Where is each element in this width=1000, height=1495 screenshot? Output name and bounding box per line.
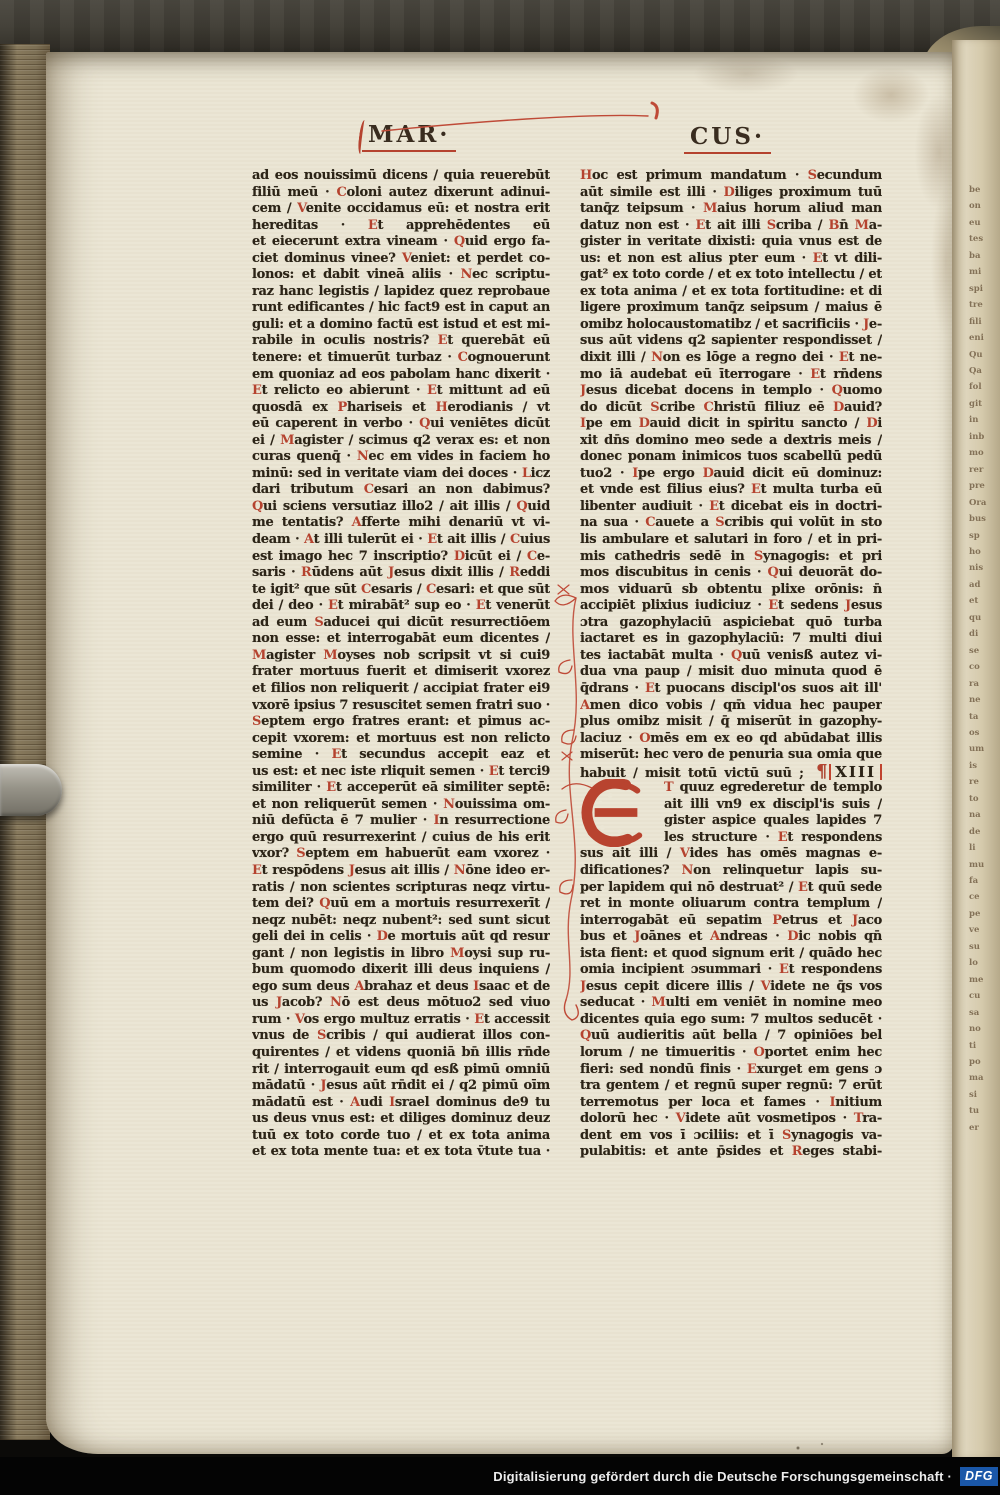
text-line: Septem ergo fratres erant: et pimus ac- (252, 714, 550, 731)
text-line: Jesus dicebat docens in templo · Quomo (580, 383, 882, 400)
text-line: dificationes? Non relinquetur lapis su- (580, 863, 882, 880)
book-top-edge (0, 0, 1000, 58)
text-line: runt edificantes / hic fact9 est in capu… (252, 300, 550, 317)
text-line: tem dei? Quū em a mortuis resurrexerīt / (252, 896, 550, 913)
text-line: gister in veritate dixisti: quia vnus es… (580, 234, 882, 251)
text-line: rabile in oculis nostris? Et querebāt eū (252, 333, 550, 350)
text-line: plus omibz misit / q̄ miserūt in gazophy… (580, 714, 882, 731)
text-line: fieri: sed nondū finis · Exurget em gens… (580, 1062, 882, 1079)
binding-page-block-edge (0, 44, 50, 1440)
text-line: aūt simile est illi · Diliges proximum t… (580, 185, 882, 202)
text-line: omibz holocaustomatibz / et sacrificiis … (580, 317, 882, 334)
text-line: rum · Vos ergo multuz erratis · Et acces… (252, 1012, 550, 1029)
text-line: Ipe em Dauid dicit in spiritu sancto / D… (580, 416, 882, 433)
dfg-logo: DFG (960, 1467, 998, 1486)
text-line: Amen dico vobis / qm̄ vidua hec pauper (580, 698, 882, 715)
text-line: dei / deo · Et mirabāt² sup eo · Et vene… (252, 598, 550, 615)
text-line: do dicūt Scribe Christū filiuz eē Dauid? (580, 400, 882, 417)
text-line: mādatū est · Audi Israel dominus de9 tu (252, 1095, 550, 1112)
text-line: semine · Et secundus accepit eaz et mort… (252, 747, 550, 764)
text-line: tuo2 · Ipe ergo Dauid dicit eū dominuz: (580, 466, 882, 483)
text-line: non esse: et interrogabāt eum dicentes / (252, 631, 550, 648)
text-line: tes iactabāt multa · Quū venisß autez vi… (580, 648, 882, 665)
text-line: vxor? Septem em habuerūt eam vxorez · (252, 846, 550, 863)
text-line: T quuz egrederetur de templo / (664, 780, 882, 797)
text-line: seducat · Multi em veniēt in nomine meo (580, 995, 882, 1012)
text-line: bum quomodo dixerit illi deus inquiens / (252, 962, 550, 979)
text-line: ad eos nouissimū dicens / quia reuerebūt (252, 168, 550, 185)
text-line: accipiēt plixius iudiciuz · Et sedens Je… (580, 598, 882, 615)
text-line: lorum / ne timueritis · Oportet enim hec (580, 1045, 882, 1062)
text-line: dicentes quia ego sum: 7 multos seducēt … (580, 1012, 882, 1029)
text-line: tuū ex toto corde tuo / et ex tota anima… (252, 1128, 550, 1145)
text-line: et non reliquerūt semen · Nouissima om- (252, 797, 550, 814)
text-line: Qui sciens versutiaz illo2 / ait illis /… (252, 499, 550, 516)
text-line: Hoc est primum mandatum · Secundum (580, 168, 882, 185)
text-line: est imago hec 7 inscriptio? Dicūt ei / C… (252, 549, 550, 566)
text-line: quosdā ex Phariseis et Herodianis / vt (252, 400, 550, 417)
text-line: Et relicto eo abierunt · Et mittunt ad e… (252, 383, 550, 400)
text-line: saris · Rūdens aūt Jesus dixit illis / R… (252, 565, 550, 582)
text-line: mādatū · Jesus aūt rn̄dit ei / q2 pimū o… (252, 1078, 550, 1095)
text-line: gister aspice quales lapides 7 q̄ (664, 813, 882, 830)
text-line: te igit² que sūt Cesaris / Cesari: et qu… (252, 582, 550, 599)
text-line: geli dei in celis · De mortuis aūt qd re… (252, 929, 550, 946)
text-column-right: Hoc est primum mandatum · Secundumaūt si… (580, 168, 882, 1161)
text-line: ei / Magister / scimus q2 verax es: et n… (252, 433, 550, 450)
chapter-initial-e (576, 779, 656, 847)
text-line: vxorē ipsius 7 resuscitet semen fratri s… (252, 698, 550, 715)
text-line: per lapidem qui nō destruat² / Et quū se… (580, 880, 882, 897)
text-line: sus aūt videns q2 sapienter respondisset… (580, 333, 882, 350)
text-line: bus et Joānes et Andreas · Dic nobis qn̄ (580, 929, 882, 946)
text-line: Magister Moyses nob scripsit vt si cui9 (252, 648, 550, 665)
running-title-right-text: CUS· (690, 123, 765, 150)
text-line: frater mortuus fuerit et dimiserit vxore… (252, 664, 550, 681)
text-line: niū defūcta ē 7 mulier · In resurrection… (252, 813, 550, 830)
text-column-left: ad eos nouissimū dicens / quia reuerebūt… (252, 168, 550, 1161)
text-line: ɔtra gazophylaciū aspiciebat quō turba (580, 615, 882, 632)
running-title-mar: MAR· (362, 122, 456, 152)
text-line: tanq̄z teipsum · Maius horum aliud man (580, 201, 882, 218)
text-line: terremotus per loca et fames · Initium (580, 1095, 882, 1112)
text-line: similiter · Et acceperūt eā similiter se… (252, 780, 550, 797)
text-line: les structure · Et respondens Je- (664, 830, 882, 847)
page-holder-clip (0, 764, 62, 816)
text-line: vnus de Scribis / qui audierat illos con… (252, 1028, 550, 1045)
text-line: tra gentem / et regnū super regnū: 7 erū… (580, 1078, 882, 1095)
text-line: ergo quū resurrexerint / cuius de his er… (252, 830, 550, 847)
text-line: mo iā audebat eū īterrogare · Et rn̄dens (580, 367, 882, 384)
text-line: mis cathedris sedē in Synagogis: et pri (580, 549, 882, 566)
text-line: lonos: et dabit vineā aliis · Nec script… (252, 267, 550, 284)
text-line: sus ait illi / Vides has omēs magnas e- (580, 846, 882, 863)
running-title-left-text: MAR· (368, 121, 450, 148)
text-line: et vnde est filius eius? Et multa turba … (580, 482, 882, 499)
text-line: eū caperent in verbo · Qui veniētes dicū… (252, 416, 550, 433)
footer-credit-text: Digitalisierung gefördert durch die Deut… (493, 1469, 952, 1484)
footer-credit-bar: Digitalisierung gefördert durch die Deut… (0, 1457, 1000, 1495)
text-line: cem / Venite occidamus eū: et nostra eri… (252, 201, 550, 218)
running-title-cus: CUS· (684, 124, 771, 154)
text-line: neqz nubēt: neqz nubent²: sed sunt sicut… (252, 913, 550, 930)
text-line: na sua · Cauete a Scribis qui volūt in s… (580, 515, 882, 532)
text-line: cepit vxorem: et mortuus est non relicto (252, 731, 550, 748)
text-line: q̄drans · Et puocans discipl'os suos ait… (580, 681, 882, 698)
text-line: gant / non legistis in libro Moysi sup r… (252, 946, 550, 963)
text-line: ratis / non scientes scripturas neqz vir… (252, 880, 550, 897)
text-line: iactaret es in gazophylaciū: 7 multi diu… (580, 631, 882, 648)
text-line: quirentes / et videns quoniā bn̄ illis r… (252, 1045, 550, 1062)
text-line: dua vna paup / misit duo minuta quod ē (580, 664, 882, 681)
text-line: Jesus cepit dicere illis / Videte ne q̄s… (580, 979, 882, 996)
text-line: et ex tota mente tua: et ex tota v̄tute … (252, 1144, 550, 1161)
text-line: ret in monte oliuarum contra templum / (580, 896, 882, 913)
text-line: ciet dominus vinee? Veniet: et perdet co… (252, 251, 550, 268)
text-line: Et respōdens Jesus ait illis / Nōne ideo… (252, 863, 550, 880)
text-line: miserūt: hec vero de penuria sua omia qu… (580, 747, 882, 764)
text-line: ad eum Saducei qui dicūt resurrectiōem (252, 615, 550, 632)
text-line: gat² ex toto corde / et ex toto intellec… (580, 267, 882, 284)
text-line: raz hanc legistis / lapidez quez reproba… (252, 284, 550, 301)
text-line: deam · At illi tulerūt ei · Et ait illis… (252, 532, 550, 549)
text-line: xit dn̄s domino meo sede a dextris meis … (580, 433, 882, 450)
text-line: us est: et nec iste rliquit semen · Et t… (252, 764, 550, 781)
fore-edge-text-fragments: beoneutesbamispitrefilieniQuQafolgitinin… (969, 182, 999, 1136)
text-line: dent em vos ī ɔciliis: et ī Synagogis va… (580, 1128, 882, 1145)
text-line: filiū meū · Coloni autez dixerunt adinui… (252, 185, 550, 202)
text-line: ista fient: et quod signum erit / quādo … (580, 946, 882, 963)
text-line: hereditas · Et apprehēdentes eū occiderū… (252, 218, 550, 235)
text-line: dixit illi / Non es lōge a regno dei · E… (580, 350, 882, 367)
text-line: datuz non est · Et ait illi Scriba / Bn̄… (580, 218, 882, 235)
text-line: ligere proximum tanq̄z seipsum / maius ē (580, 300, 882, 317)
text-line: interrogabāt eū sepatim Petrus et Jaco (580, 913, 882, 930)
text-line: habuit / misit totū victū suū ; ¶XIII (580, 764, 882, 781)
chapter-number-box: ¶XIII (816, 764, 882, 781)
text-line: ex tota anima / et ex tota fortitudine: … (580, 284, 882, 301)
text-line: lis ambulare et salutari in foro / et in… (580, 532, 882, 549)
text-line: donec ponam inimicos tuos scabellū pedū (580, 449, 882, 466)
text-line: minū: sed in veritate viam dei doces · L… (252, 466, 550, 483)
fore-edge-next-leaf: beoneutesbamispitrefilieniQuQafolgitinin… (952, 40, 1000, 1458)
text-line: curas quenq̄ · Nec em vides in faciem ho (252, 449, 550, 466)
digitized-book-scan: { "page": { "header": { "left": "MAR·", … (0, 0, 1000, 1495)
text-line: tenere: et timuerūt turbaz · Cognouerunt (252, 350, 550, 367)
text-line: laciuz · Omēs em ex eo qd abūdabat illis (580, 731, 882, 748)
text-line: omia incipient ɔsummari · Et respondens (580, 962, 882, 979)
text-line: et eiecerunt extra vineam · Quid ergo fa… (252, 234, 550, 251)
text-line: dolorū hec · Videte aūt vosmetipos · Tra… (580, 1111, 882, 1128)
text-line: guli: et a domino factū est istud et est… (252, 317, 550, 334)
text-line: us Jacob? Nō est deus mōtuo2 sed viuo (252, 995, 550, 1012)
text-line: us deus vnus est: et diliges dominuz deu… (252, 1111, 550, 1128)
text-line: me tentatis? Afferte mihi denariū vt vi- (252, 515, 550, 532)
text-line: et filios non reliquerit / accipiat frat… (252, 681, 550, 698)
text-line: libenter audiuit · Et dicebat eis in doc… (580, 499, 882, 516)
text-line: us: et non est alius pter eum · Et vt di… (580, 251, 882, 268)
text-line: em quoniaz ad eos pabolam hanc dixerit · (252, 367, 550, 384)
text-line: ait illi vn9 ex discipl'is suis / Ma- (664, 797, 882, 814)
text-line: pulabitis: et ante p̄sides et Reges stab… (580, 1144, 882, 1161)
text-line: ego sum deus Abrahaz et deus Isaac et de (252, 979, 550, 996)
text-line: dari tributum Cesari an non dabimus? (252, 482, 550, 499)
text-line: Quū audieritis aūt bella / 7 opiniōes be… (580, 1028, 882, 1045)
text-line: mos discubitus in cenis · Qui deuorāt do… (580, 565, 882, 582)
text-line: mos viduarū sb obtentu plixe orōnis: n̄ (580, 582, 882, 599)
text-line: rit / interrogauit eum qd esß pimū omniū (252, 1062, 550, 1079)
